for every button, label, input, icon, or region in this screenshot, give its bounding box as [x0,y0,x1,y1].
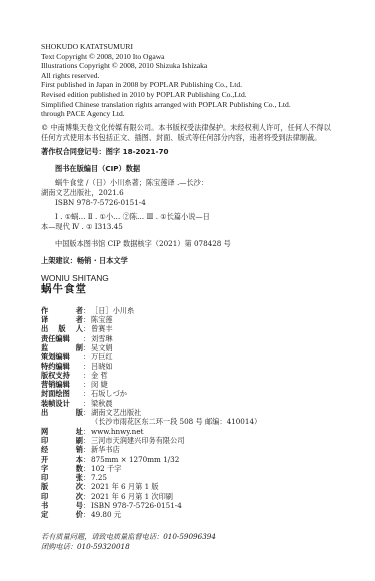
credit-label-char: 号 [76,501,83,510]
credit-value: 新华书店 [91,445,120,454]
copyright-notice-line: © 中南博集天卷文化传媒有限公司。本书版权受法律保护。未经权利人许可，任何人不得… [41,123,361,133]
credit-label: 译者 [41,315,83,324]
copyright-notice-line: 任何方式使用本书包括正文、插图、封面、版式等任何部分内容，违者将受到法律制裁。 [41,133,361,143]
credit-label: 出版人 [41,324,83,333]
credit-label-char: 者 [76,315,83,324]
credit-label-char: 制 [76,343,83,352]
credit-label-char: 版 [76,408,83,417]
credit-value: 102 千字 [91,464,121,473]
credit-label-char: 作 [41,306,48,315]
credit-row: 印张：7.25 [41,473,361,482]
credit-label-char: 版 [58,324,65,333]
credit-row: 出版：湖南文艺出版社 [41,408,361,417]
credit-row: 特约编辑：吕晓如 [41,362,361,371]
credit-label-char: 出 [41,408,48,417]
credit-value: www.hnwy.net [91,427,143,436]
credit-row: 字数：102 千字 [41,464,361,473]
original-title: SHOKUDO KATATSUMURI [41,42,361,52]
illustrations-copyright: Illustrations Copyright © 2008, 2010 Shi… [41,61,361,71]
credit-label: 出版 [41,408,83,417]
credit-label: 责任编辑 [41,334,83,343]
credit-row: 版权支持：金 哲 [41,371,361,380]
credit-row: 策划编辑：万巨红 [41,352,361,361]
credit-value: 石坂しづか [91,389,127,398]
credit-label-char: 营销编辑 [41,380,70,389]
credit-label-char: 特约编辑 [41,362,70,371]
cip-block: 图书在版编目（CIP）数据 蜗牛食堂 /（日）小川糸著；陈宝莲译 .—长沙： 湖… [41,164,361,249]
credit-label: 印次 [41,492,83,501]
credit-row: 网址：www.hnwy.net [41,427,361,436]
credit-label-char: 价 [76,510,83,519]
credit-label: 策划编辑 [41,352,83,361]
revised-edition: Revised edition published in 2010 by POP… [41,90,361,100]
credit-label-char: 开 [41,455,48,464]
credit-colon: ： [83,371,91,380]
credit-label-char: 版 [41,482,48,491]
credit-value: 金 哲 [91,371,108,380]
credit-row: 封面绘图：石坂しづか [41,389,361,398]
credit-value: ［日］小川糸 [91,306,134,315]
credit-colon: ： [83,408,91,417]
credit-colon: ： [83,306,91,315]
credit-label: 营销编辑 [41,380,83,389]
credit-label-char: 张 [76,473,83,482]
credit-row: 责任编辑：刘雪琳 [41,334,361,343]
title-pinyin: WONIU SHITANG [41,273,361,283]
cip-entry-cont: 湖南文艺出版社，2021.6 [41,188,361,198]
credit-label-char: 人 [76,324,83,333]
credit-value: 三河市天润建兴印务有限公司 [91,436,184,445]
credit-label: 封面绘图 [41,389,83,398]
credit-label-char: 定 [41,510,48,519]
credit-colon: ： [83,343,91,352]
credit-value: 49.80 元 [91,510,121,519]
english-copyright-block: SHOKUDO KATATSUMURI Text Copyright © 200… [41,42,361,119]
rights-reserved: All rights reserved. [41,71,361,81]
credit-value: 吕晓如 [91,362,113,371]
contact-footer: 若有质量问题，请致电质量监督电话：010-59096394 团购电话：010-5… [41,532,361,553]
credit-label-char: 销 [76,445,83,454]
cip-classification-cont: 本—现代 Ⅳ . ① I313.45 [41,222,361,232]
credit-label: 开本 [41,455,83,464]
credit-colon: ： [83,324,91,333]
credit-label: 版次 [41,482,83,491]
credit-row: 译者：陈宝莲 [41,315,361,324]
credit-colon: ： [83,436,91,445]
credit-colon: ： [83,455,91,464]
credit-label-char: 刷 [76,436,83,445]
credit-colon: ： [83,464,91,473]
first-published: First published in Japan in 2008 by POPL… [41,80,361,90]
credit-colon: ： [83,334,91,343]
credit-row: 开本：875mm × 1270mm 1/32 [41,455,361,464]
credit-value: 2021 年 6 月第 1 版 [91,482,159,491]
credit-row: 经销：新华书店 [41,445,361,454]
credit-colon: ： [83,492,91,501]
credit-label: 经销 [41,445,83,454]
translation-rights: Simplified Chinese translation rights ar… [41,100,361,110]
credit-label-char: 封面绘图 [41,389,70,398]
credit-value: 875mm × 1270mm 1/32 [91,455,179,464]
credit-label-char: 址 [76,427,83,436]
cip-entry: 蜗牛食堂 /（日）小川糸著；陈宝莲译 .—长沙： [41,178,361,188]
credit-value: 刘雪琳 [91,334,113,343]
credit-value: 闵 婕 [91,380,108,389]
cip-record-number: 中国版本图书馆 CIP 数据核字（2021）第 078428 号 [41,239,361,249]
credit-row: 监制：吴文娟 [41,343,361,352]
credit-label-char: 字 [41,464,48,473]
credit-label-char: 印 [41,492,48,501]
credit-value: 湖南文艺出版社 [91,408,141,417]
contract-registration-number: 著作权合同登记号：图字 18-2021-70 [41,147,361,157]
credit-colon: ： [83,352,91,361]
credit-value: 7.25 [91,473,107,482]
credit-label: 印张 [41,473,83,482]
credit-row: 版次：2021 年 6 月第 1 版 [41,482,361,491]
credit-label-char: 版权支持 [41,371,70,380]
credits-list: 作者：［日］小川糸译者：陈宝莲出版人：曾赛丰责任编辑：刘雪琳监制：吴文娟策划编辑… [41,306,361,520]
credit-label-char: 装帧设计 [41,399,70,408]
credit-label-char: 者 [76,306,83,315]
cip-heading: 图书在版编目（CIP）数据 [41,164,361,174]
credit-value: 2021 年 6 月第 1 次印刷 [91,492,173,501]
cip-isbn: ISBN 978-7-5726-0151-4 [41,198,361,208]
credit-colon: ： [83,427,91,436]
copyright-page: SHOKUDO KATATSUMURI Text Copyright © 200… [41,42,361,553]
text-copyright: Text Copyright © 2008, 2010 Ito Ogawa [41,52,361,62]
shelf-suggestion: 上架建议：畅销 · 日本文学 [41,256,361,266]
credit-label-char: 本 [76,455,83,464]
credit-value: 梁秋晨 [91,399,113,408]
credit-row: 印刷：三河市天润建兴印务有限公司 [41,436,361,445]
agency-line: through PACE Agency Ltd. [41,109,361,119]
credit-label-char: 印 [41,473,48,482]
credit-label: 监制 [41,343,83,352]
credit-value: 陈宝莲 [91,315,113,324]
credit-colon: ： [83,389,91,398]
credit-label-char: 书 [41,501,48,510]
credit-label-char: 责任编辑 [41,334,70,343]
credit-colon: ： [83,362,91,371]
group-purchase-phone: 团购电话：010-59320018 [41,542,361,553]
credit-row: 印次：2021 年 6 月第 1 次印刷 [41,492,361,501]
credit-label: 作者 [41,306,83,315]
credit-label: 书号 [41,501,83,510]
credit-colon: ： [83,445,91,454]
credit-row: 装帧设计：梁秋晨 [41,399,361,408]
title-chinese: 蜗牛食堂 [41,283,361,296]
credit-value-continued: （长沙市雨花区东二环一段 508 号 邮编：410014） [41,417,361,426]
credit-label-char: 数 [76,464,83,473]
credit-row: 作者：［日］小川糸 [41,306,361,315]
credit-label-char: 次 [76,492,83,501]
credit-label: 印刷 [41,436,83,445]
credit-colon: ： [83,510,91,519]
credit-label-char: 经 [41,445,48,454]
credit-row: 营销编辑：闵 婕 [41,380,361,389]
credit-label-char: 印 [41,436,48,445]
credit-colon: ： [83,501,91,510]
credit-value: ISBN 978-7-5726-0151-4 [91,501,182,510]
credit-value: 吴文娟 [91,343,113,352]
credit-colon: ： [83,482,91,491]
credit-label: 字数 [41,464,83,473]
credit-label: 特约编辑 [41,362,83,371]
credit-colon: ： [83,473,91,482]
credit-row: 出版人：曾赛丰 [41,324,361,333]
credit-label-char: 译 [41,315,48,324]
credit-value: 曾赛丰 [91,324,113,333]
credit-label: 定价 [41,510,83,519]
credit-label: 版权支持 [41,371,83,380]
credit-colon: ： [83,380,91,389]
quality-hotline: 若有质量问题，请致电质量监督电话：010-59096394 [41,532,361,543]
chinese-copyright-notice: © 中南博集天卷文化传媒有限公司。本书版权受法律保护。未经权利人许可，任何人不得… [41,123,361,143]
cip-classification: Ⅰ . ①蜗… Ⅱ . ①小… ②陈… Ⅲ . ①长篇小说—日 [41,212,361,222]
credit-label-char: 出 [41,324,48,333]
credit-colon: ： [83,399,91,408]
credit-value: 万巨红 [91,352,113,361]
credit-label-char: 次 [76,482,83,491]
credit-label-char: 监 [41,343,48,352]
credit-row: 定价：49.80 元 [41,510,361,519]
credit-row: 书号：ISBN 978-7-5726-0151-4 [41,501,361,510]
credit-colon: ： [83,315,91,324]
credit-label: 装帧设计 [41,399,83,408]
credit-label-char: 策划编辑 [41,352,70,361]
credit-label: 网址 [41,427,83,436]
credit-label-char: 网 [41,427,48,436]
